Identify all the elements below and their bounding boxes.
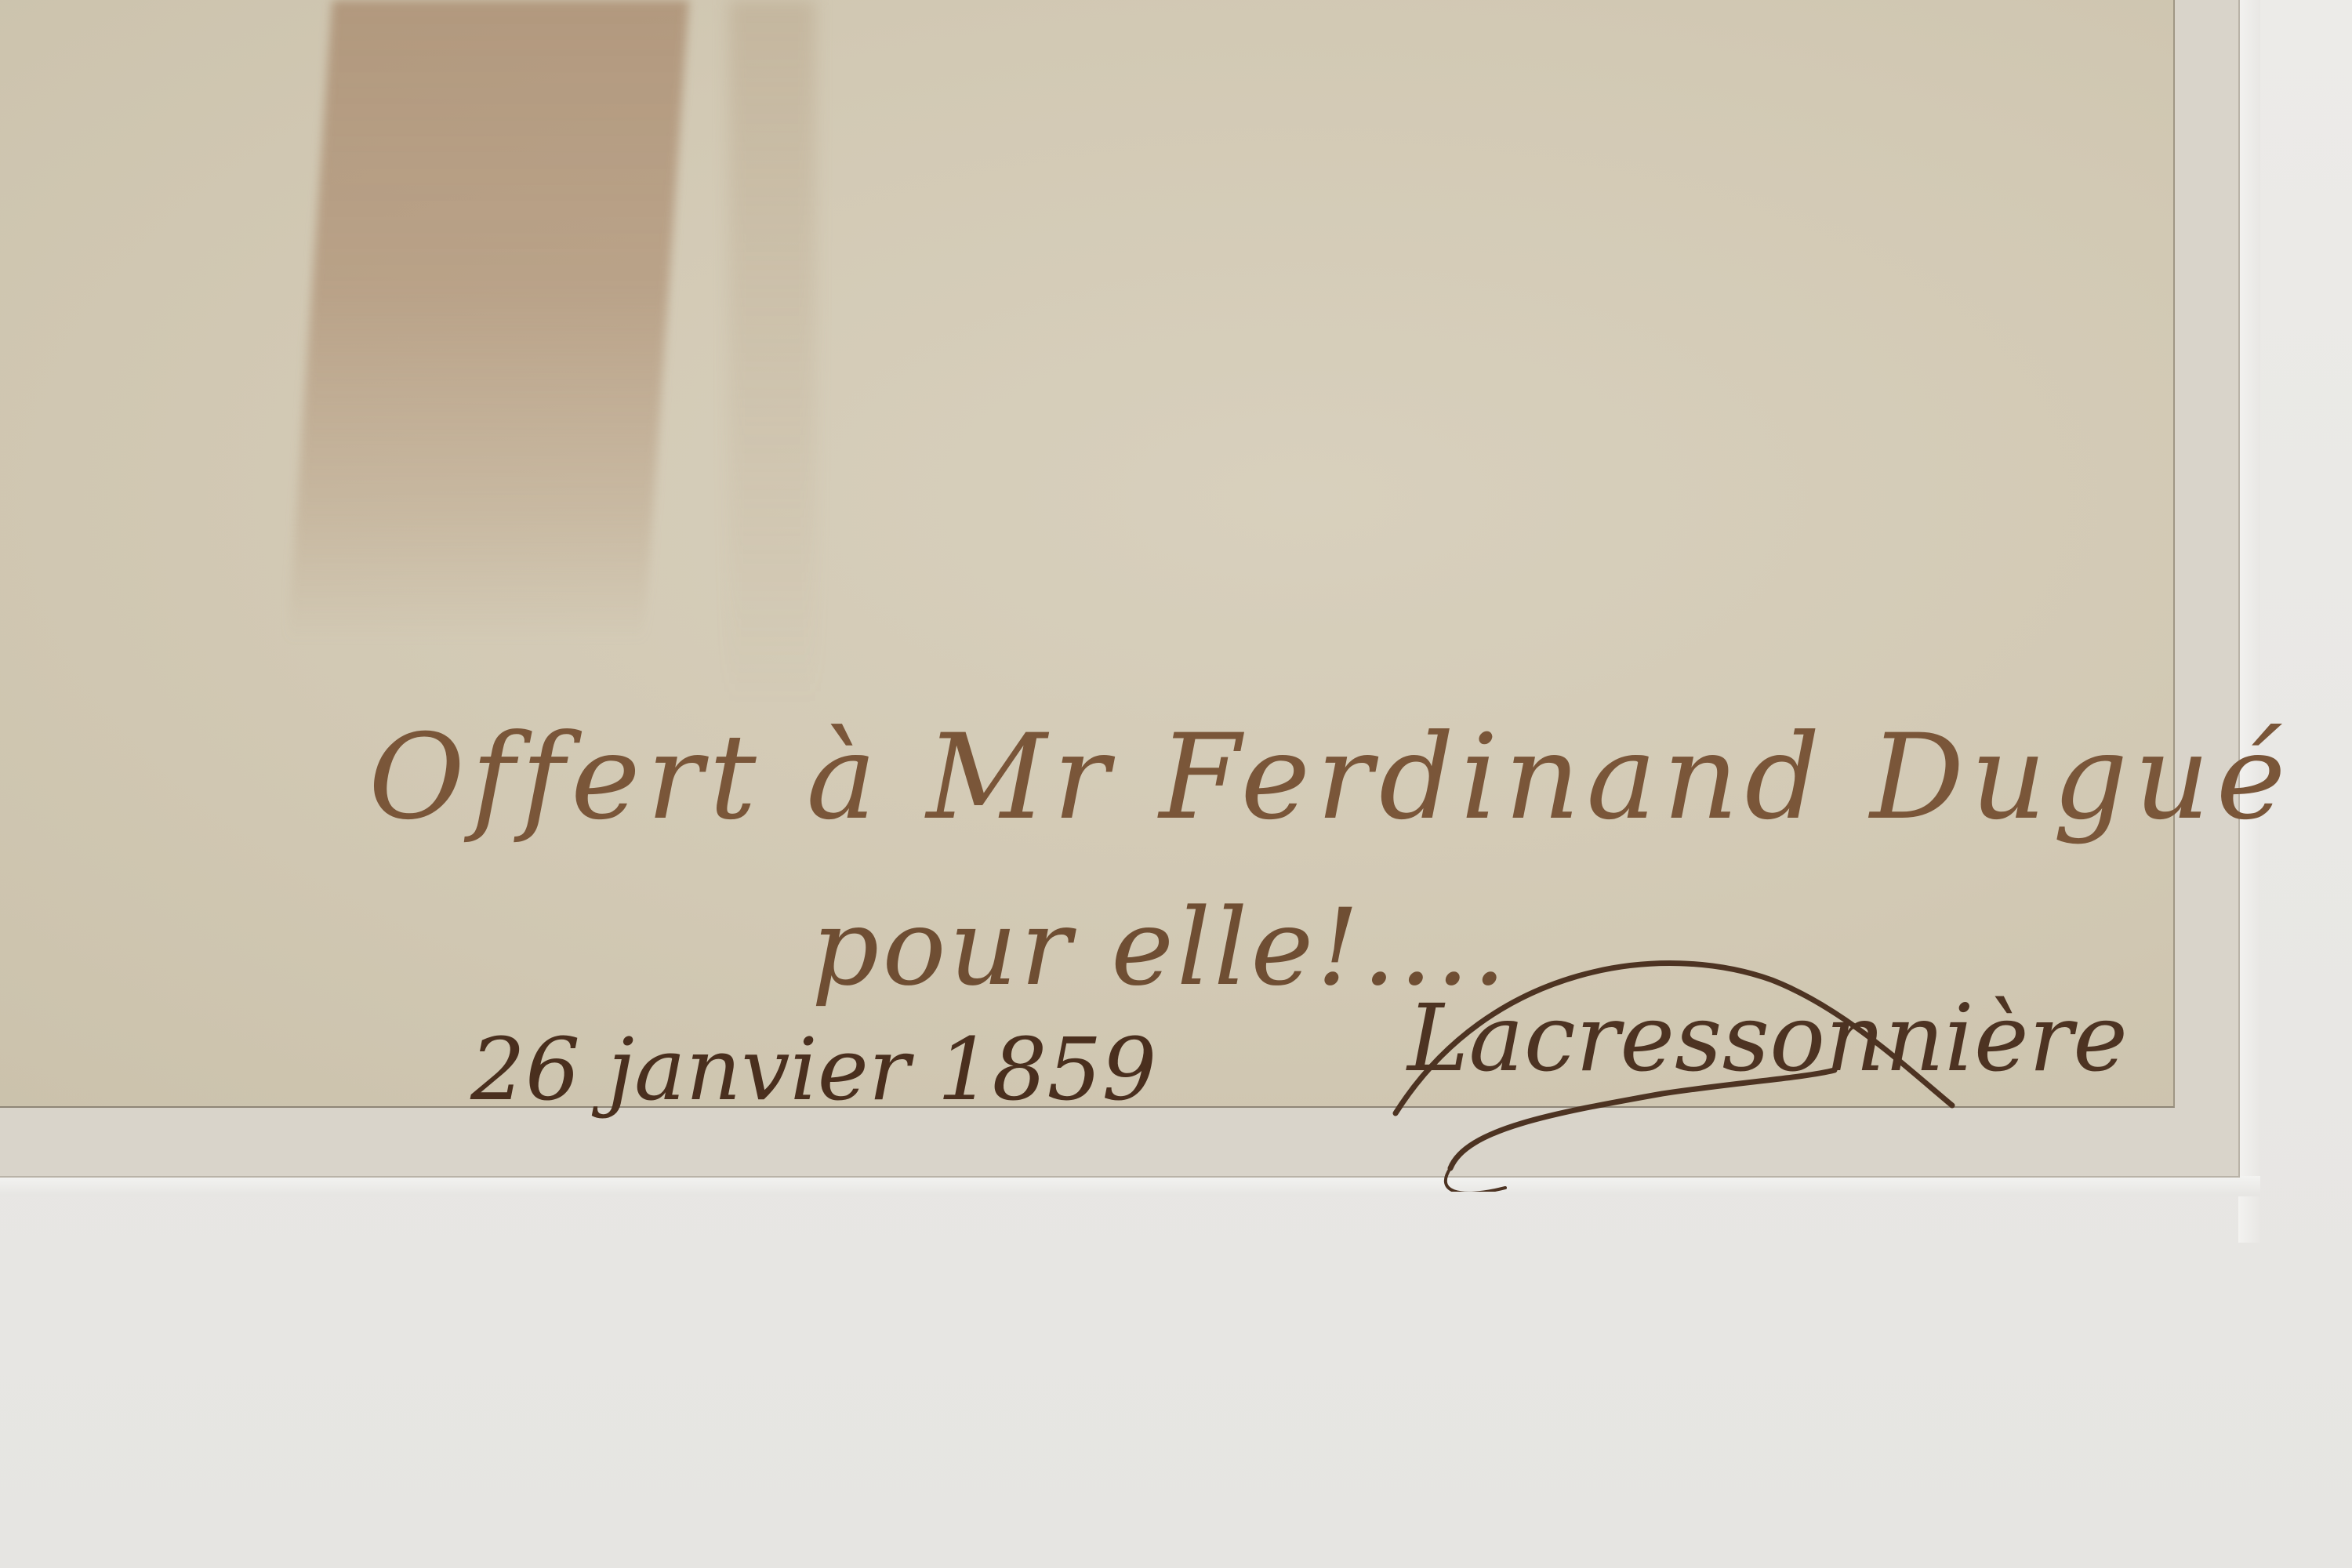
inscription-date: 26 janvier 1859 [470, 1019, 1156, 1120]
inscription-line-1: Offert à Mr Ferdinand Dugué [368, 710, 2292, 846]
sepia-wash-stripe [287, 0, 688, 643]
mat-bevel-right [2238, 0, 2260, 1243]
aged-paper-sheet: Offert à Mr Ferdinand Dugué pour elle!..… [0, 0, 2175, 1108]
signature-flourish-icon [1333, 933, 2117, 1192]
faint-wash-stripe [729, 0, 815, 706]
